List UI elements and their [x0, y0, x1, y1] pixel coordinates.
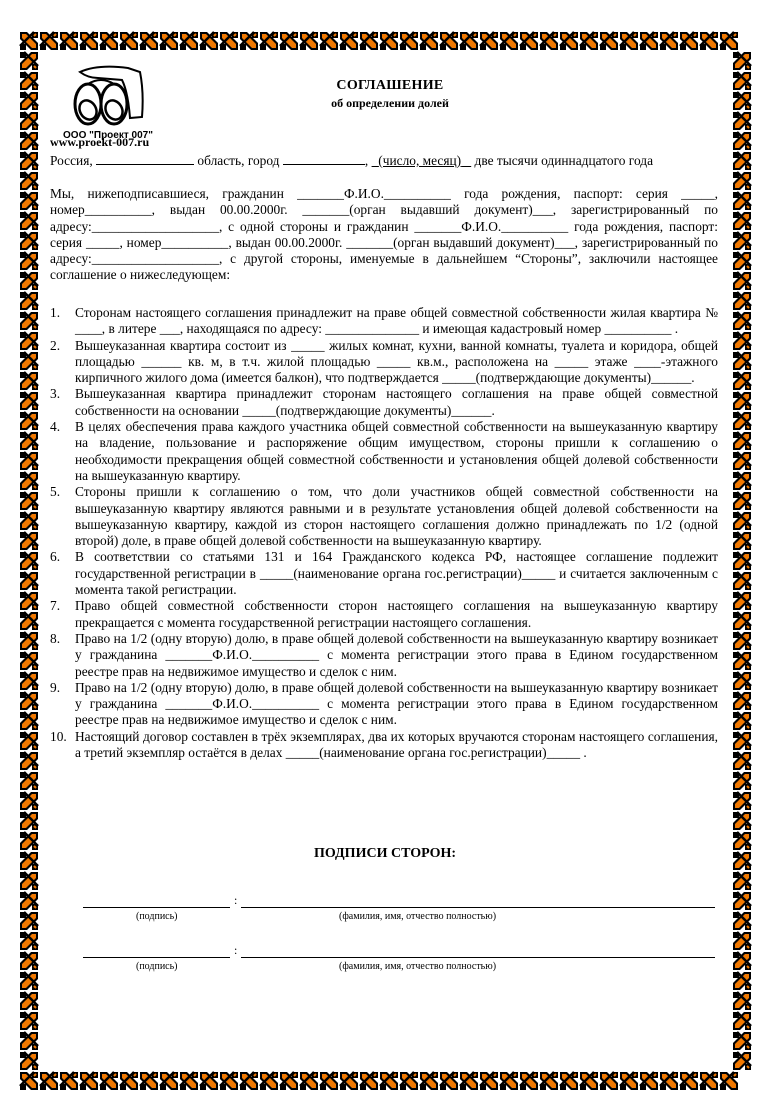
clauses-list: 1.Сторонам настоящего соглашения принадл…: [50, 305, 718, 761]
clause-number: 5.: [50, 484, 60, 500]
name-line[interactable]: [241, 957, 715, 958]
clause-item: 2.Вышеуказанная квартира состоит из ____…: [50, 338, 718, 387]
clause-item: 3.Вышеуказанная квартира принадлежит сто…: [50, 386, 718, 419]
clause-text: Вышеуказанная квартира принадлежит сторо…: [75, 386, 718, 417]
colon: :: [234, 893, 237, 908]
clause-item: 7.Право общей совместной собственности с…: [50, 598, 718, 631]
clause-text: Вышеуказанная квартира состоит из _____ …: [75, 338, 718, 386]
title-main: СОГЛАШЕНИЕ: [240, 78, 540, 94]
name-caption: (фамилия, имя, отчество полностью): [339, 961, 496, 972]
year-text: две тысячи одиннадцатого года: [475, 153, 653, 168]
clause-number: 10.: [50, 729, 67, 745]
date-hint: (число, месяц): [372, 153, 472, 168]
region-blank: [96, 152, 194, 165]
document-title: СОГЛАШЕНИЕ об определении долей: [240, 78, 540, 111]
signature-caption: (подпись): [136, 961, 178, 972]
signatures-title: ПОДПИСИ СТОРОН:: [0, 846, 770, 862]
clause-text: В соответствии со статьями 131 и 164 Гра…: [75, 549, 718, 597]
title-subtitle: об определении долей: [240, 96, 540, 111]
company-website: www.proekt-007.ru: [50, 135, 149, 150]
place-date-line: Россия, область, город , (число, месяц) …: [50, 152, 718, 169]
signature-line[interactable]: [83, 907, 230, 908]
clause-number: 9.: [50, 680, 60, 696]
clause-number: 1.: [50, 305, 60, 321]
signature-line[interactable]: [83, 957, 230, 958]
clause-text: Сторонам настоящего соглашения принадлеж…: [75, 305, 718, 336]
clause-number: 6.: [50, 549, 60, 565]
clause-number: 8.: [50, 631, 60, 647]
clause-item: 5.Стороны пришли к соглашению о том, что…: [50, 484, 718, 549]
clause-item: 10.Настоящий договор составлен в трёх эк…: [50, 729, 718, 762]
clause-number: 2.: [50, 338, 60, 354]
clause-text: Право общей совместной собственности сто…: [75, 598, 718, 629]
region-label: область, город: [197, 153, 279, 168]
name-caption: (фамилия, имя, отчество полностью): [339, 911, 496, 922]
signature-row: : (подпись) (фамилия, имя, отчество полн…: [83, 945, 715, 975]
signature-row: : (подпись) (фамилия, имя, отчество полн…: [83, 895, 715, 925]
clause-number: 7.: [50, 598, 60, 614]
company-logo-icon: ООО "Проект 007": [58, 62, 158, 142]
colon: :: [234, 943, 237, 958]
clause-text: Право на 1/2 (одну вторую) долю, в праве…: [75, 680, 718, 728]
country-label: Россия,: [50, 153, 93, 168]
clause-number: 3.: [50, 386, 60, 402]
clause-item: 9.Право на 1/2 (одну вторую) долю, в пра…: [50, 680, 718, 729]
comma: ,: [365, 153, 368, 168]
clause-text: Стороны пришли к соглашению о том, что д…: [75, 484, 718, 548]
name-line[interactable]: [241, 907, 715, 908]
intro-paragraph: Мы, нижеподписавшиеся, гражданин _______…: [50, 186, 718, 284]
signature-caption: (подпись): [136, 911, 178, 922]
city-blank: [283, 152, 365, 165]
clause-text: В целях обеспечения права каждого участн…: [75, 419, 718, 483]
clause-text: Настоящий договор составлен в трёх экзем…: [75, 729, 718, 760]
clause-item: 1.Сторонам настоящего соглашения принадл…: [50, 305, 718, 338]
clause-item: 4.В целях обеспечения права каждого учас…: [50, 419, 718, 484]
clause-item: 6.В соответствии со статьями 131 и 164 Г…: [50, 549, 718, 598]
clause-text: Право на 1/2 (одну вторую) долю, в праве…: [75, 631, 718, 679]
clause-item: 8.Право на 1/2 (одну вторую) долю, в пра…: [50, 631, 718, 680]
clause-number: 4.: [50, 419, 60, 435]
